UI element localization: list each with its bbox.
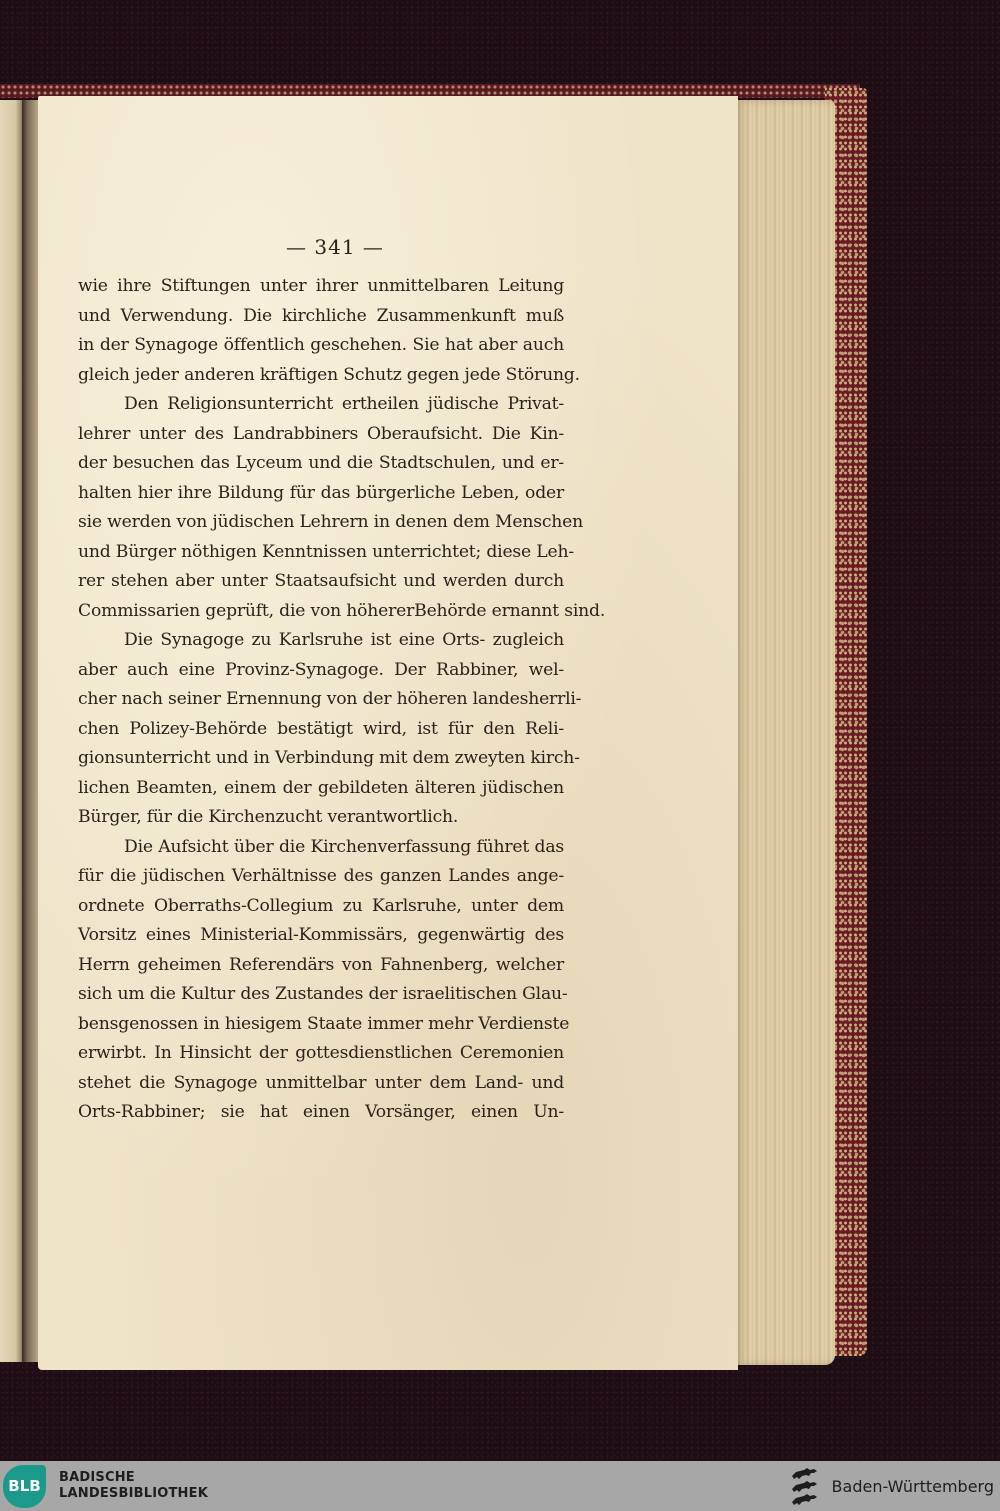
- text-line: erwirbt. In Hinsicht der gottesdienstlic…: [78, 1039, 564, 1069]
- three-lions-icon: [790, 1467, 820, 1506]
- text-line: lehrer unter des Landrabbiners Oberaufsi…: [78, 420, 564, 450]
- page-stack-edges: [735, 100, 835, 1365]
- bw-name: Baden-Württemberg: [832, 1477, 994, 1496]
- text-line: der besuchen das Lyceum und die Stadtsch…: [78, 449, 564, 479]
- text-line: Den Religionsunterricht ertheilen jüdisc…: [78, 390, 564, 420]
- text-line: gionsunterricht und in Verbindung mit de…: [78, 744, 564, 774]
- previous-page-sliver: [0, 100, 22, 1362]
- text-line: Orts-Rabbiner; sie hat einen Vorsänger, …: [78, 1098, 564, 1128]
- bw-brand[interactable]: Baden-Württemberg: [790, 1467, 1000, 1506]
- book-gutter: [22, 100, 38, 1362]
- text-line: Herrn geheimen Referendärs von Fahnenber…: [78, 951, 564, 981]
- text-line: gleich jeder anderen kräftigen Schutz ge…: [78, 361, 564, 391]
- footer-bar: BLB BADISCHE LANDESBIBLIOTHEK Baden-Würt…: [0, 1461, 1000, 1511]
- text-line: Vorsitz eines Ministerial-Kommissärs, ge…: [78, 921, 564, 951]
- text-line: Bürger, für die Kirchenzucht verantwortl…: [78, 803, 564, 833]
- text-line: für die jüdischen Verhältnisse des ganze…: [78, 862, 564, 892]
- text-line: und Verwendung. Die kirchliche Zusammenk…: [78, 302, 564, 332]
- blb-logo-icon: BLB: [3, 1465, 46, 1508]
- blb-name-line2: LANDESBIBLIOTHEK: [59, 1486, 208, 1502]
- text-line: sich um die Kultur des Zustandes der isr…: [78, 980, 564, 1010]
- text-line: bensgenossen in hiesigem Staate immer me…: [78, 1010, 564, 1040]
- page-lines: wie ihre Stiftungen unter ihrer unmittel…: [78, 272, 564, 1128]
- text-line: halten hier ihre Bildung für das bürgerl…: [78, 479, 564, 509]
- text-line: stehet die Synagoge unmittelbar unter de…: [78, 1069, 564, 1099]
- text-line: aber auch eine Provinz-Synagoge. Der Rab…: [78, 656, 564, 686]
- blb-name: BADISCHE LANDESBIBLIOTHEK: [59, 1470, 208, 1502]
- text-line: und Bürger nöthigen Kenntnissen unterric…: [78, 538, 564, 568]
- text-line: lichen Beamten, einem der gebildeten ält…: [78, 774, 564, 804]
- text-line: rer stehen aber unter Staatsaufsicht und…: [78, 567, 564, 597]
- blb-brand[interactable]: BLB BADISCHE LANDESBIBLIOTHEK: [0, 1465, 208, 1508]
- text-line: ordnete Oberraths-Collegium zu Karlsruhe…: [78, 892, 564, 922]
- text-line: cher nach seiner Ernennung von der höher…: [78, 685, 564, 715]
- text-line: Die Aufsicht über die Kirchenverfassung …: [78, 833, 564, 863]
- text-line: sie werden von jüdischen Lehrern in dene…: [78, 508, 564, 538]
- text-line: chen Polizey-Behörde bestätigt wird, ist…: [78, 715, 564, 745]
- text-line: Die Synagoge zu Karlsruhe ist eine Orts-…: [78, 626, 564, 656]
- page-text-block: — 341 — wie ihre Stiftungen unter ihrer …: [78, 232, 564, 1128]
- blb-name-line1: BADISCHE: [59, 1470, 208, 1486]
- text-line: in der Synagoge öffentlich geschehen. Si…: [78, 331, 564, 361]
- book-scan: — 341 — wie ihre Stiftungen unter ihrer …: [0, 0, 1000, 1461]
- text-line: Commissarien geprüft, die von höhererBeh…: [78, 597, 564, 627]
- text-line: wie ihre Stiftungen unter ihrer unmittel…: [78, 272, 564, 302]
- page-number: — 341 —: [78, 232, 564, 262]
